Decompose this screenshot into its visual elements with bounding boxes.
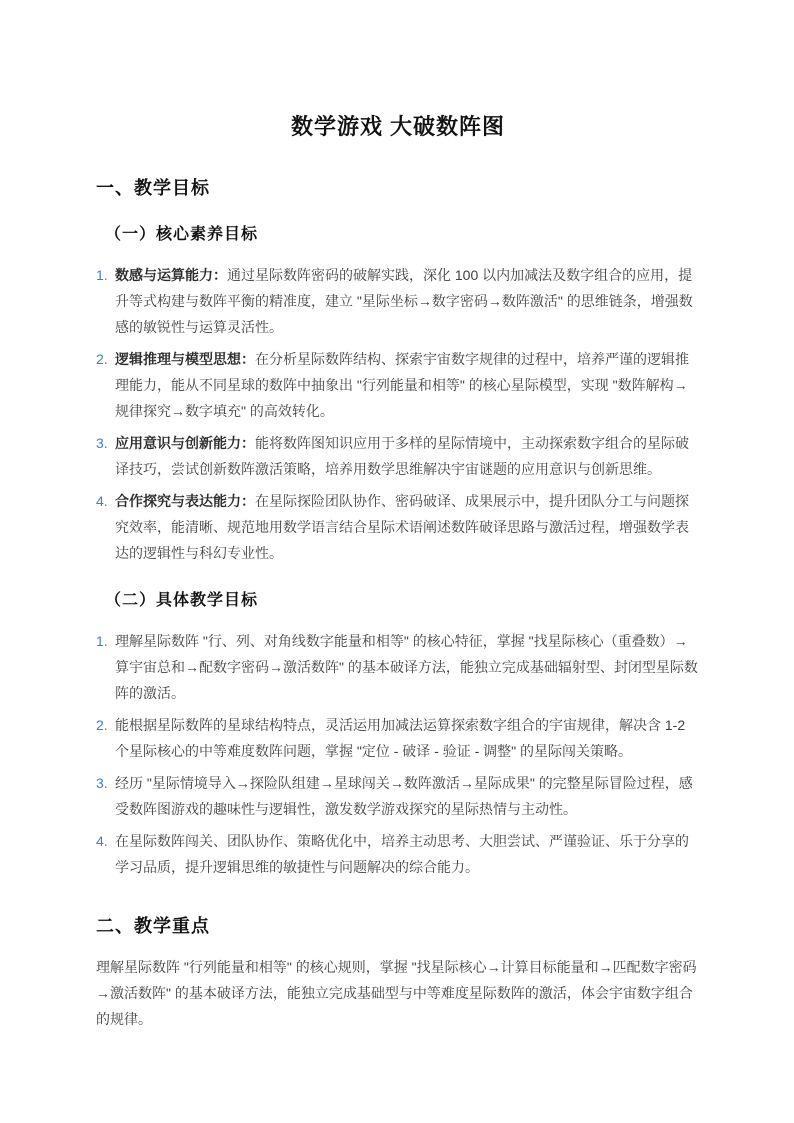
list-item-text: 能根据星际数阵的星球结构特点，灵活运用加减法运算探索数字组合的宇宙规律，解决含 … xyxy=(115,712,700,764)
list-item-lead: 应用意识与创新能力： xyxy=(115,435,255,451)
list-item-number: 1. xyxy=(96,628,115,654)
subsection-heading-specific-goals: （二）具体教学目标 xyxy=(96,590,700,612)
list-item: 2. 能根据星际数阵的星球结构特点，灵活运用加减法运算探索数字组合的宇宙规律，解… xyxy=(96,712,700,764)
list-item: 2. 逻辑推理与模型思想：在分析星际数阵结构、探索宇宙数字规律的过程中，培养严谨… xyxy=(96,346,700,424)
key-points-paragraph: 理解星际数阵 "行列能量和相等" 的核心规则，掌握 "找星际核心→计算目标能量和… xyxy=(96,954,700,1032)
list-item-number: 3. xyxy=(96,430,115,456)
core-literacy-goal-list: 1. 数感与运算能力：通过星际数阵密码的破解实践，深化 100 以内加减法及数字… xyxy=(96,262,700,566)
list-item-number: 3. xyxy=(96,770,115,796)
list-item-lead: 数感与运算能力： xyxy=(115,267,227,283)
list-item: 4. 合作探究与表达能力：在星际探险团队协作、密码破译、成果展示中，提升团队分工… xyxy=(96,488,700,566)
list-item-text: 逻辑推理与模型思想：在分析星际数阵结构、探索宇宙数字规律的过程中，培养严谨的逻辑… xyxy=(115,346,700,424)
list-item-text: 应用意识与创新能力：能将数阵图知识应用于多样的星际情境中，主动探索数字组合的星际… xyxy=(115,430,700,482)
list-item-number: 2. xyxy=(96,346,115,372)
list-item-number: 1. xyxy=(96,262,115,288)
list-item: 3. 应用意识与创新能力：能将数阵图知识应用于多样的星际情境中，主动探索数字组合… xyxy=(96,430,700,482)
list-item-text: 数感与运算能力：通过星际数阵密码的破解实践，深化 100 以内加减法及数字组合的… xyxy=(115,262,700,340)
section-heading-teaching-goals: 一、教学目标 xyxy=(96,176,700,200)
subsection-heading-core-literacy: （一）核心素养目标 xyxy=(96,224,700,246)
list-item-text: 在星际数阵闯关、团队协作、策略优化中，培养主动思考、大胆尝试、严谨验证、乐于分享… xyxy=(115,828,700,880)
list-item: 1. 数感与运算能力：通过星际数阵密码的破解实践，深化 100 以内加减法及数字… xyxy=(96,262,700,340)
list-item: 3. 经历 "星际情境导入→探险队组建→星球闯关→数阵激活→星际成果" 的完整星… xyxy=(96,770,700,822)
list-item-number: 2. xyxy=(96,712,115,738)
list-item-number: 4. xyxy=(96,488,115,514)
specific-goal-list: 1. 理解星际数阵 "行、列、对角线数字能量和相等" 的核心特征，掌握 "找星际… xyxy=(96,628,700,880)
document-page: 数学游戏 大破数阵图 一、教学目标 （一）核心素养目标 1. 数感与运算能力：通… xyxy=(0,0,794,1123)
list-item: 1. 理解星际数阵 "行、列、对角线数字能量和相等" 的核心特征，掌握 "找星际… xyxy=(96,628,700,706)
list-item-number: 4. xyxy=(96,828,115,854)
document-title: 数学游戏 大破数阵图 xyxy=(96,112,700,142)
list-item-text: 理解星际数阵 "行、列、对角线数字能量和相等" 的核心特征，掌握 "找星际核心（… xyxy=(115,628,700,706)
section-heading-key-points: 二、教学重点 xyxy=(96,914,700,938)
list-item-lead: 逻辑推理与模型思想： xyxy=(115,351,255,367)
list-item-text: 合作探究与表达能力：在星际探险团队协作、密码破译、成果展示中，提升团队分工与问题… xyxy=(115,488,700,566)
list-item-text: 经历 "星际情境导入→探险队组建→星球闯关→数阵激活→星际成果" 的完整星际冒险… xyxy=(115,770,700,822)
list-item: 4. 在星际数阵闯关、团队协作、策略优化中，培养主动思考、大胆尝试、严谨验证、乐… xyxy=(96,828,700,880)
list-item-lead: 合作探究与表达能力： xyxy=(115,493,255,509)
